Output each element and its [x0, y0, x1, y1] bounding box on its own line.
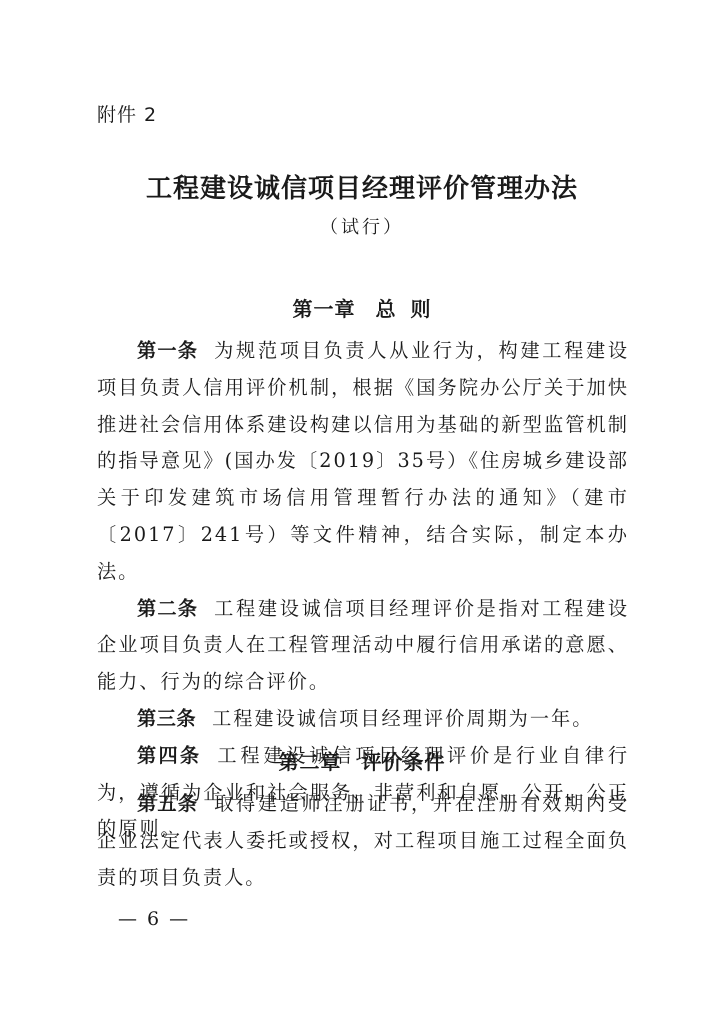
- chapter-2-label: 第二章: [279, 750, 342, 774]
- chapter-2-body: 第五条取得建造师注册证书，并在注册有效期内受企业法定代表人委托或授权，对工程项目…: [97, 786, 629, 896]
- article-1: 第一条为规范项目负责人从业行为，构建工程建设项目负责人信用评价机制，根据《国务院…: [97, 333, 629, 591]
- attachment-label: 附件 2: [97, 100, 157, 127]
- chapter-1-name-2: 则: [411, 297, 432, 321]
- document-title: 工程建设诚信项目经理评价管理办法: [0, 168, 724, 205]
- chapter-1-label: 第一章: [293, 297, 356, 321]
- article-3-text: 工程建设诚信项目经理评价周期为一年。: [212, 707, 593, 730]
- chapter-1-heading: 第一章总则: [0, 293, 724, 322]
- article-2: 第二条工程建设诚信项目经理评价是指对工程建设企业项目负责人在工程管理活动中履行信…: [97, 591, 629, 701]
- article-5-label: 第五条: [137, 792, 198, 815]
- article-3-label: 第三条: [137, 707, 196, 730]
- article-3: 第三条工程建设诚信项目经理评价周期为一年。: [97, 701, 629, 738]
- chapter-2-heading: 第二章评价条件: [0, 746, 724, 775]
- chapter-2-name: 评价条件: [362, 750, 446, 774]
- article-2-label: 第二条: [137, 597, 198, 620]
- page-number: — 6 —: [118, 908, 190, 930]
- chapter-1-name: 总: [376, 297, 397, 321]
- document-subtitle: （试行）: [0, 213, 724, 239]
- article-1-text: 为规范项目负责人从业行为，构建工程建设项目负责人信用评价机制，根据《国务院办公厅…: [97, 339, 629, 583]
- article-1-label: 第一条: [137, 339, 198, 362]
- article-5: 第五条取得建造师注册证书，并在注册有效期内受企业法定代表人委托或授权，对工程项目…: [97, 786, 629, 896]
